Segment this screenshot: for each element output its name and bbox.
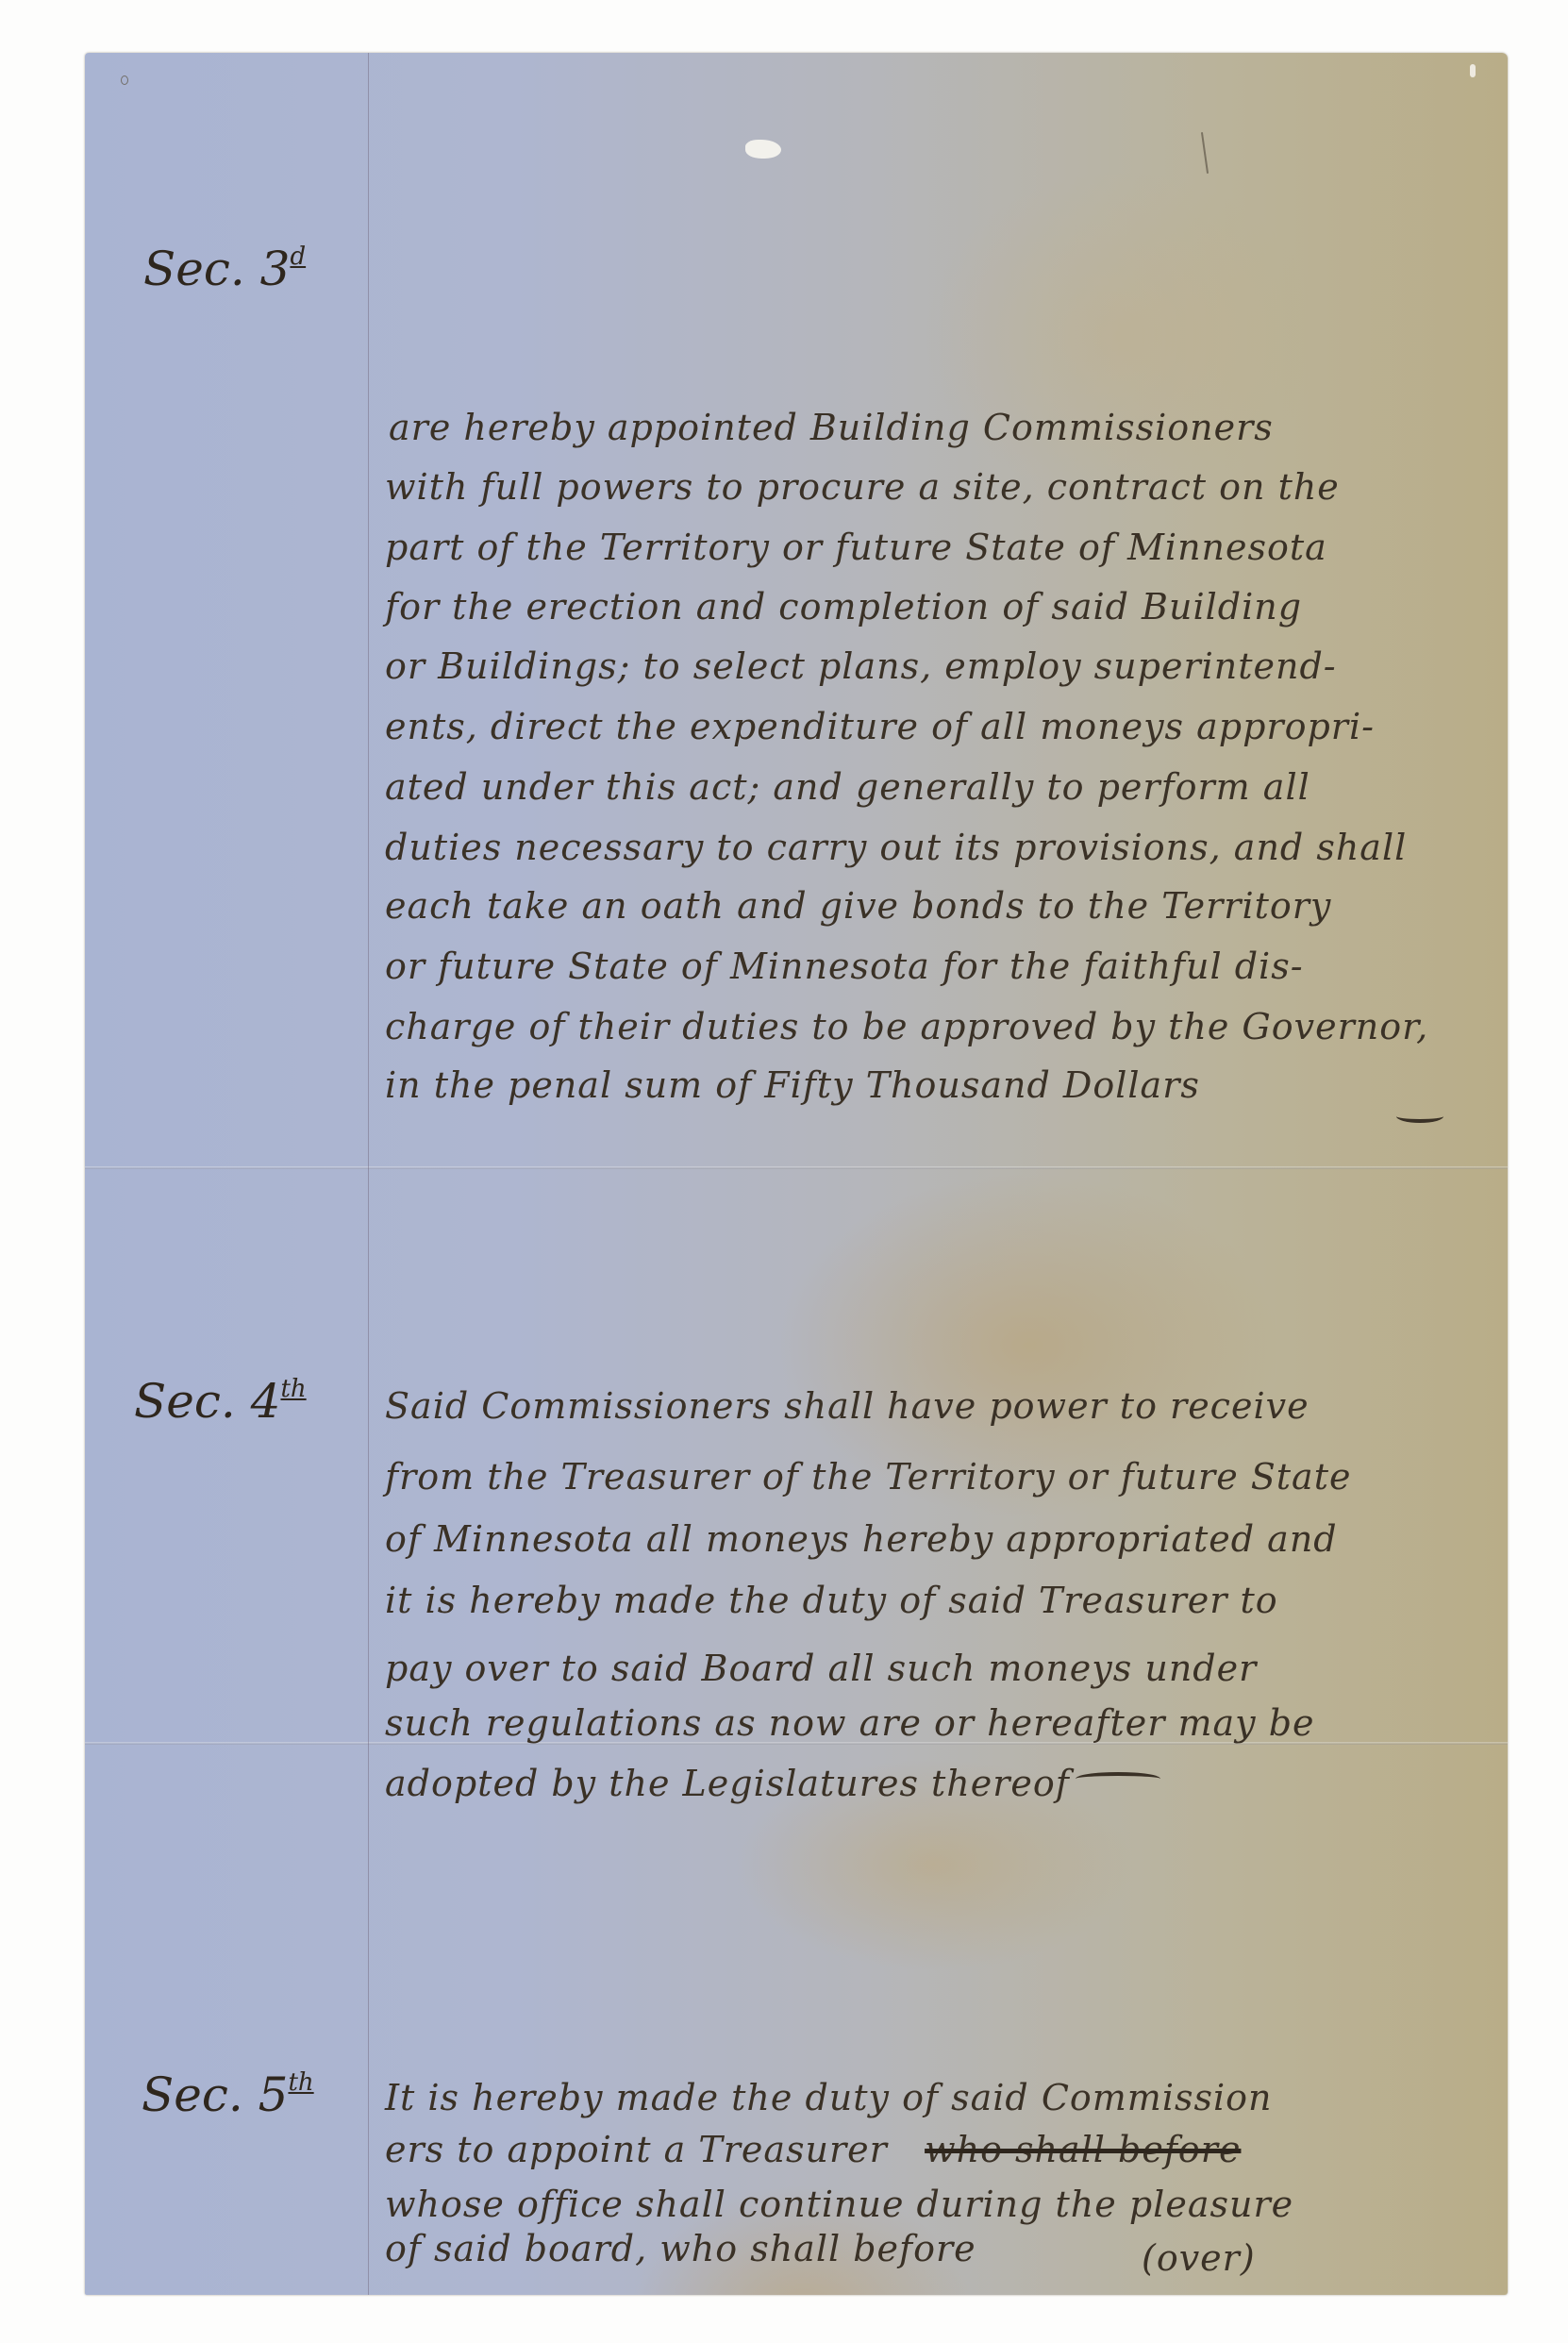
body-line: or Buildings; to select plans, employ su… (385, 645, 1337, 687)
pin-hole (121, 75, 128, 85)
body-line: from the Treasurer of the Territory or f… (385, 1456, 1351, 1498)
continuation-note: (over) (1142, 2237, 1256, 2279)
body-line: with full powers to procure a site, cont… (385, 466, 1340, 508)
manuscript-page: Sec. 3d are hereby appointed Building Co… (85, 53, 1508, 2295)
body-line: adopted by the Legislatures thereof (385, 1763, 1070, 1804)
body-line: are hereby appointed Building Commission… (389, 407, 1274, 448)
section-4-heading: Sec. 4th (134, 1374, 307, 1429)
body-line: for the erection and completion of said … (385, 586, 1302, 628)
paper-fold (85, 1166, 1508, 1169)
body-line: ated under this act; and generally to pe… (385, 766, 1310, 808)
body-line: it is hereby made the duty of said Treas… (385, 1580, 1278, 1621)
body-line: charge of their duties to be approved by… (385, 1006, 1428, 1047)
margin-rule (368, 53, 369, 2295)
body-line: ents, direct the expenditure of all mone… (385, 706, 1375, 747)
body-line: in the penal sum of Fifty Thousand Dolla… (385, 1064, 1200, 1106)
body-line: of said board, who shall before (385, 2228, 976, 2269)
body-line: pay over to said Board all such moneys u… (385, 1648, 1257, 1689)
end-flourish (1076, 1772, 1160, 1785)
body-line: ers to appoint a Treasurer who shall bef… (385, 2129, 1241, 2170)
body-line: part of the Territory or future State of… (385, 527, 1327, 568)
body-text: ers to appoint a Treasurer (385, 2129, 888, 2170)
body-line: such regulations as now are or hereafter… (385, 1702, 1315, 1744)
body-line: whose office shall continue during the p… (385, 2184, 1293, 2225)
body-line: duties necessary to carry out its provis… (385, 827, 1407, 868)
paper-tear (745, 140, 781, 159)
section-5-heading: Sec. 5th (142, 2067, 314, 2122)
end-flourish (1396, 1110, 1443, 1123)
paper-nick (1470, 64, 1476, 77)
body-line: It is hereby made the duty of said Commi… (385, 2077, 1273, 2118)
body-line: or future State of Minnesota for the fai… (385, 946, 1304, 987)
ink-mark (1201, 132, 1209, 174)
body-line: of Minnesota all moneys hereby appropria… (385, 1518, 1338, 1560)
section-3-heading: Sec. 3d (143, 242, 306, 296)
body-line: each take an oath and give bonds to the … (385, 885, 1331, 927)
struck-text: who shall before (925, 2129, 1241, 2170)
body-line: Said Commissioners shall have power to r… (385, 1385, 1309, 1427)
